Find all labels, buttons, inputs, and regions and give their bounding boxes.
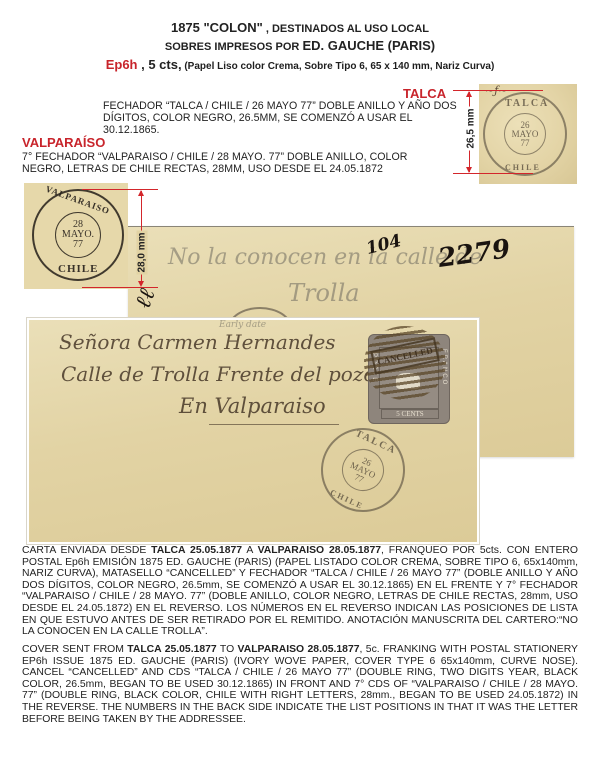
header-title: 1875 "COLON" , DESTINADOS AL USO LOCAL — [0, 20, 600, 35]
header-title-rest: , DESTINADOS AL USO LOCAL — [263, 23, 429, 35]
description-english: COVER SENT FROM TALCA 25.05.1877 TO VALP… — [22, 644, 578, 725]
talca-postmark: TALCA 26 MAYO 77 CHILE — [483, 92, 567, 176]
talca-caption-line1: FECHADOR “TALCA / CHILE / 26 MAYO 77” DO… — [103, 100, 463, 112]
valparaiso-caption: 7° FECHADOR “VALPARAISO / CHILE / 28 MAY… — [22, 151, 442, 175]
arrow-up-icon — [138, 190, 144, 196]
talca-measure-bottom-line — [453, 173, 533, 174]
origin-date-en: TALCA 25.05.1877 — [127, 644, 216, 655]
address-line-1: Señora Carmen Hernandes — [59, 330, 336, 354]
front-talca-postmark: TALCA 26 MAYO 77 CHILE — [307, 414, 419, 526]
valparaiso-title: VALPARAÍSO — [22, 135, 105, 150]
catalog-detail: (Papel Liso color Crema, Sobre Tipo 6, 6… — [182, 61, 495, 72]
destination-date-en: VALPARAISO 28.05.1877 — [238, 644, 360, 655]
arrow-down-icon — [466, 167, 472, 173]
catalog-code: Ep6h — [106, 57, 138, 72]
header-subtitle-pre: SOBRES IMPRESOS POR — [165, 41, 303, 53]
destination-date: VALPARAISO 28.05.1877 — [258, 545, 381, 556]
description-spanish: CARTA ENVIADA DESDE TALCA 25.05.1877 A V… — [22, 545, 578, 638]
arrow-down-icon — [138, 281, 144, 287]
pencil-annotation: Early date — [219, 320, 266, 330]
header-subtitle: SOBRES IMPRESOS POR ED. GAUCHE (PARIS) — [0, 38, 600, 53]
ink-scribble: ℓℓ — [130, 285, 161, 312]
talca-caption-line2: DÍGITOS, COLOR NEGRO, 26.5MM, SE COMENZÓ… — [103, 112, 463, 136]
header-subtitle-main: ED. GAUCHE (PARIS) — [302, 38, 435, 53]
valparaiso-measure-label: 28,0 mm — [137, 230, 148, 274]
talca-caption: FECHADOR “TALCA / CHILE / 26 MAYO 77” DO… — [103, 100, 463, 136]
list-number-2: 2279 — [436, 234, 512, 274]
pencil-note-line2: Trolla — [288, 279, 360, 307]
talca-title: TALCA — [403, 86, 446, 101]
valparaiso-measure-top-line — [82, 189, 158, 190]
address-line-2: Calle de Trolla Frente del pozo — [61, 362, 375, 386]
valparaiso-measure-bottom-line — [82, 287, 158, 288]
origin-date: TALCA 25.05.1877 — [151, 545, 242, 556]
arrow-up-icon — [466, 91, 472, 97]
header-title-main: 1875 "COLON" — [171, 20, 263, 35]
valparaiso-postmark: VALPARAISO 28 MAYO. 77 CHILE — [32, 189, 124, 281]
envelope-front-image: Early date Señora Carmen Hernandes Calle… — [27, 318, 479, 544]
stamp-value: 5 CENTS — [381, 409, 439, 419]
pencil-note-line1: No la conocen en la calle de — [168, 245, 482, 270]
valparaiso-postmark-crop: VALPARAISO 28 MAYO. 77 CHILE — [24, 183, 128, 289]
address-underline — [209, 424, 339, 425]
catalog-value: , 5 cts, — [138, 57, 182, 72]
talca-measure-label: 26,5 mm — [466, 106, 477, 150]
valparaiso-caption-line2: NEGRO, LETRAS DE CHILE RECTAS, 28MM, USO… — [22, 163, 442, 175]
valparaiso-caption-line1: 7° FECHADOR “VALPARAISO / CHILE / 28 MAY… — [22, 151, 442, 163]
address-line-3: En Valparaiso — [179, 394, 326, 418]
header-catalog-line: Ep6h , 5 cts, (Papel Liso color Crema, S… — [0, 57, 600, 72]
talca-postmark-crop: ~ƒ~ TALCA 26 MAYO 77 CHILE — [479, 84, 577, 184]
